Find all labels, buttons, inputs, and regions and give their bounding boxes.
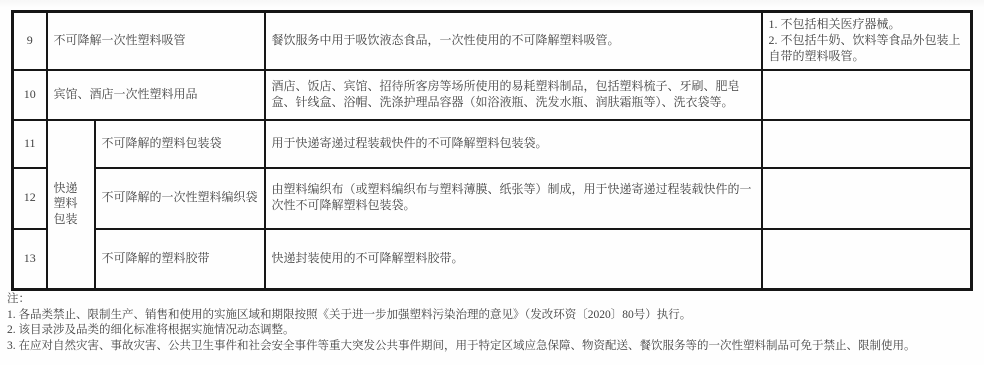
description-cell: 由塑料编织布（或塑料编织布与塑料薄膜、纸张等）制成，用于快递寄递过程装载快件的一… [265, 168, 762, 229]
row-number-cell: 11 [13, 120, 47, 168]
footnotes: 注： 1. 各品类禁止、限制生产、销售和使用的实施区域和期限按照《关于进一步加强… [7, 292, 972, 354]
footnote-item: 1. 各品类禁止、限制生产、销售和使用的实施区域和期限按照《关于进一步加强塑料污… [7, 308, 972, 324]
item-name-cell: 不可降解的塑料包装袋 [95, 120, 265, 168]
note-cell [762, 229, 972, 290]
row-number-cell: 13 [13, 229, 47, 290]
table-row: 9 不可降解一次性塑料吸管 餐饮服务中用于吸饮液态食品，一次性使用的不可降解塑料… [13, 12, 972, 70]
table-row: 11 快递塑料包装 不可降解的塑料包装袋 用于快递寄递过程装载快件的不可降解塑料… [13, 120, 972, 168]
table-row: 12 不可降解的一次性塑料编织袋 由塑料编织布（或塑料编织布与塑料薄膜、纸张等）… [13, 168, 972, 229]
note-cell [762, 120, 972, 168]
footnotes-label: 注： [7, 292, 972, 308]
row-number-cell: 12 [13, 168, 47, 229]
description-cell: 用于快递寄递过程装载快件的不可降解塑料包装袋。 [265, 120, 762, 168]
note-cell [762, 70, 972, 120]
footnote-item: 2. 该目录涉及品类的细化标准将根据实施情况动态调整。 [7, 323, 972, 339]
item-name-cell: 宾馆、酒店一次性塑料用品 [47, 70, 265, 120]
note-cell [762, 168, 972, 229]
item-name-cell: 不可降解一次性塑料吸管 [47, 12, 265, 70]
item-name-cell: 不可降解的塑料胶带 [95, 229, 265, 290]
footnote-item: 3. 在应对自然灾害、事故灾害、公共卫生事件和社会安全事件等重大突发公共事件期间… [7, 339, 972, 355]
row-number-cell: 9 [13, 12, 47, 70]
description-cell: 酒店、饭店、宾馆、招待所客房等场所使用的易耗塑料制品，包括塑料梳子、牙刷、肥皂盒… [265, 70, 762, 120]
item-name-cell: 不可降解的一次性塑料编织袋 [95, 168, 265, 229]
table-row: 10 宾馆、酒店一次性塑料用品 酒店、饭店、宾馆、招待所客房等场所使用的易耗塑料… [13, 70, 972, 120]
row-number-cell: 10 [13, 70, 47, 120]
plastic-products-catalog-table: 9 不可降解一次性塑料吸管 餐饮服务中用于吸饮液态食品，一次性使用的不可降解塑料… [11, 10, 973, 291]
table-row: 13 不可降解的塑料胶带 快递封装使用的不可降解塑料胶带。 [13, 229, 972, 290]
document-page: 9 不可降解一次性塑料吸管 餐饮服务中用于吸饮液态食品，一次性使用的不可降解塑料… [0, 0, 984, 365]
description-cell: 餐饮服务中用于吸饮液态食品，一次性使用的不可降解塑料吸管。 [265, 12, 762, 70]
description-cell: 快递封装使用的不可降解塑料胶带。 [265, 229, 762, 290]
category-group-cell: 快递塑料包装 [47, 120, 95, 290]
note-cell: 1. 不包括相关医疗器械。 2. 不包括牛奶、饮料等食品外包装上自带的塑料吸管。 [762, 12, 972, 70]
